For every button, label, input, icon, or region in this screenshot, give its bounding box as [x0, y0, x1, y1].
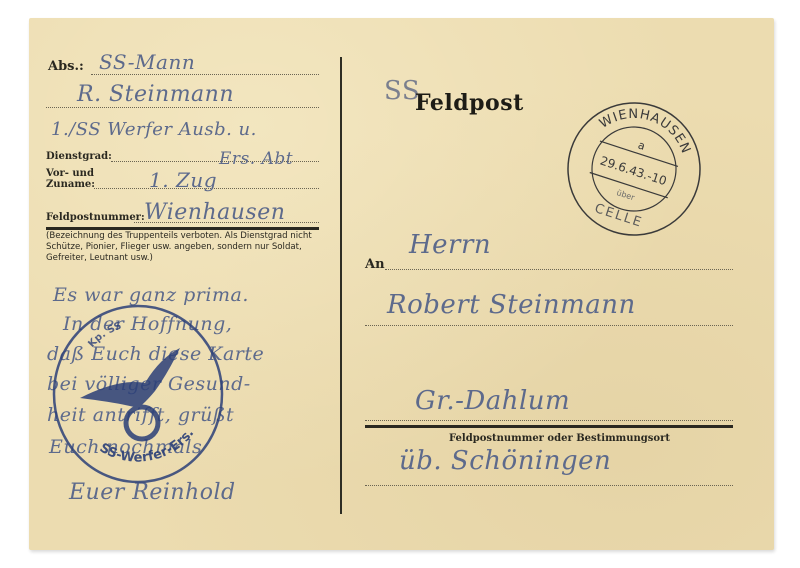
rule — [365, 425, 733, 428]
abs-label: Abs.: — [48, 61, 84, 72]
an-label: An — [365, 259, 385, 270]
postmark-date: 29.6.43.-10 — [598, 154, 668, 189]
recipient-salutation: Herrn — [409, 230, 491, 260]
instructions-note: (Bezeichnung des Truppenteils verboten. … — [46, 231, 326, 264]
dotted-line — [365, 485, 733, 486]
unit-stamp-bottom-text: SS-Werfer-Ers. — [97, 426, 197, 466]
dienstgrad-label: Dienstgrad: — [46, 151, 112, 162]
recipient-place: Gr.-Dahlum — [415, 386, 570, 416]
name-label-1: Vor- und — [46, 168, 94, 179]
dotted-line — [365, 420, 733, 421]
svg-text:Kp. SS: Kp. SS — [86, 321, 123, 350]
vertical-divider — [340, 57, 342, 514]
postmark-sub: über — [615, 188, 636, 202]
name-value: 1. Zug — [149, 168, 217, 192]
sender-unit: 1./SS Werfer Ausb. u. — [51, 119, 257, 140]
rule — [46, 227, 319, 230]
dotted-line — [46, 107, 319, 108]
postmark-stamp: WIENHAUSEN a 29.6.43.-10 über CELLE — [563, 98, 705, 240]
unit-stamp: Kp. SS SS-Werfer-Ers. — [50, 303, 226, 485]
feldpost-title: Feldpost — [415, 90, 524, 116]
recipient-name: Robert Steinmann — [387, 290, 636, 320]
dotted-line — [91, 74, 319, 75]
feldpostnummer-value: Wienhausen — [144, 200, 285, 225]
feldpostnummer-label: Feldpostnummer: — [46, 212, 145, 223]
eagle-emblem-icon — [80, 348, 180, 439]
dotted-line — [385, 269, 733, 270]
recipient-via: üb. Schöningen — [399, 446, 611, 476]
sender-name: R. Steinmann — [77, 82, 234, 107]
dotted-line — [365, 325, 733, 326]
postmark-letter: a — [636, 138, 646, 152]
dienstgrad-value: Ers. Abt — [219, 149, 293, 169]
sender-rank: SS-Mann — [99, 50, 195, 74]
destination-label: Feldpostnummer oder Bestimmungsort — [449, 433, 670, 444]
unit-stamp-top-text: Kp. SS — [86, 321, 123, 350]
svg-text:SS-Werfer-Ers.: SS-Werfer-Ers. — [97, 426, 197, 466]
name-label-2: Zuname: — [46, 179, 95, 190]
